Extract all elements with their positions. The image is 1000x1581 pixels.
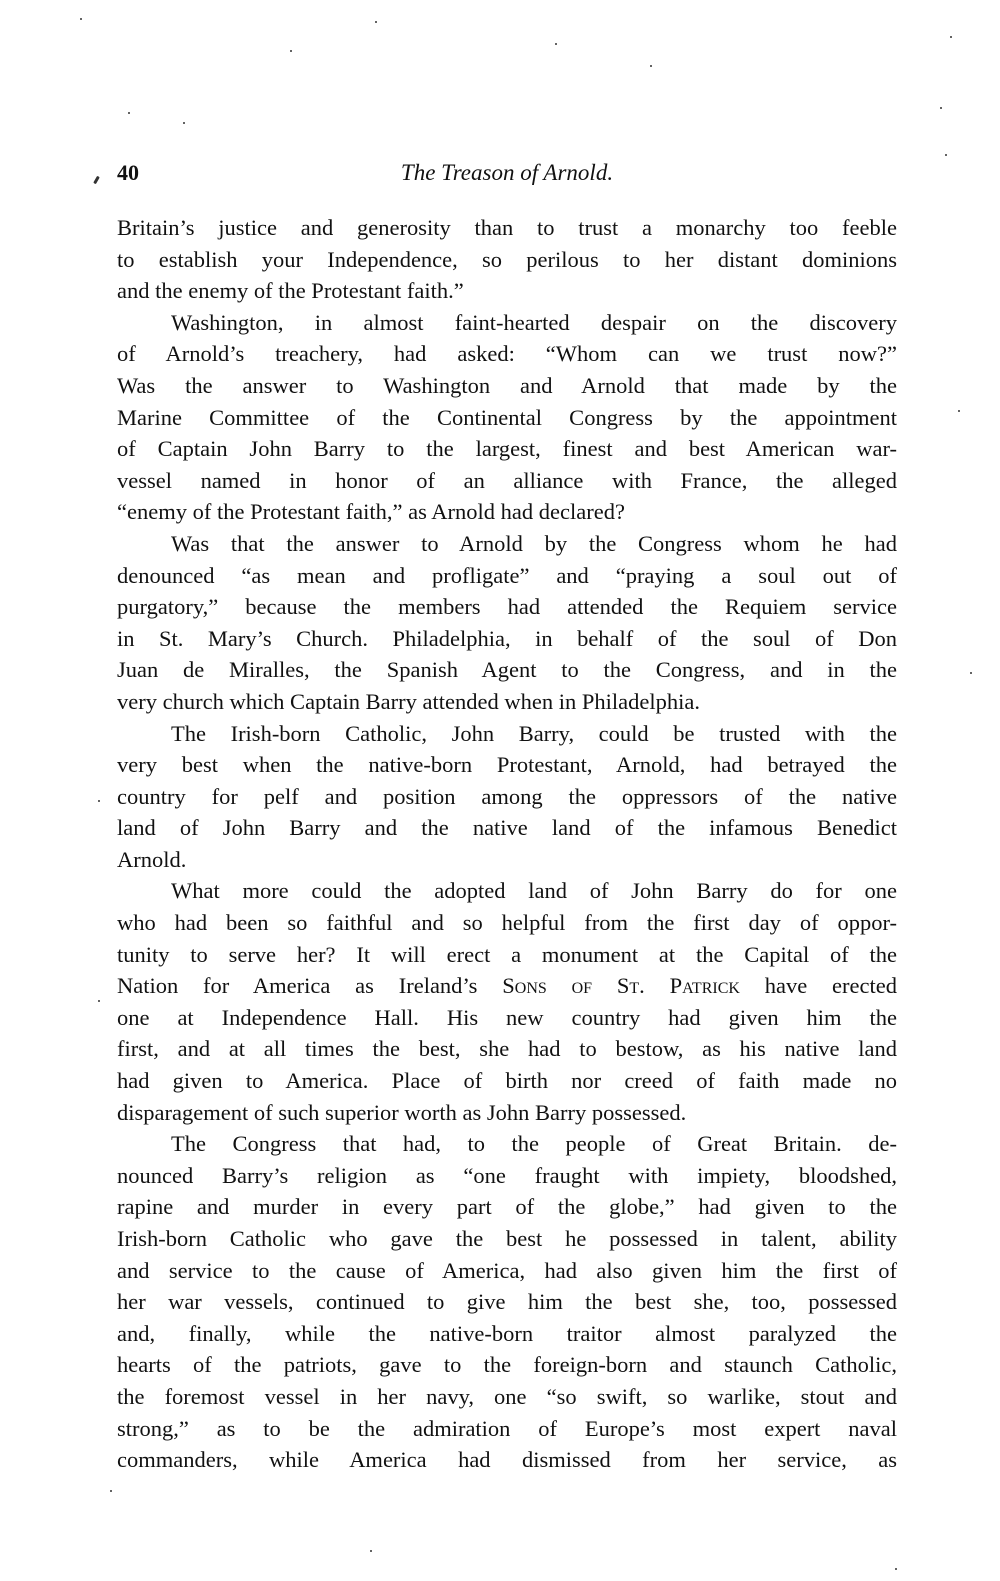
text-line: commanders, while America had dismissed … — [117, 1444, 897, 1476]
text-line: the foremost vessel in her navy, one “so… — [117, 1381, 897, 1413]
text-line: The Irish-born Catholic, John Barry, cou… — [117, 718, 897, 750]
text-line: very best when the native-born Protestan… — [117, 749, 897, 781]
paragraph: The Congress that had, to the people of … — [117, 1128, 897, 1476]
text-line: Arnold. — [117, 844, 897, 876]
scan-speck — [93, 176, 100, 184]
text-line: nounced Barry’s religion as “one fraught… — [117, 1160, 897, 1192]
scan-speck — [290, 50, 292, 52]
paragraph: Was that the answer to Arnold by the Con… — [117, 528, 897, 718]
text-line: Was the answer to Washington and Arnold … — [117, 370, 897, 402]
text-line: very church which Captain Barry attended… — [117, 686, 897, 718]
text-line: had given to America. Place of birth nor… — [117, 1065, 897, 1097]
text-line: “enemy of the Protestant faith,” as Arno… — [117, 496, 897, 528]
scan-speck — [945, 154, 947, 156]
paragraph: Britain’s justice and generosity than to… — [117, 212, 897, 307]
scan-speck — [555, 43, 557, 45]
text-line: who had been so faithful and so helpful … — [117, 907, 897, 939]
text-line: vessel named in honor of an alliance wit… — [117, 465, 897, 497]
scan-speck — [950, 36, 952, 38]
text-line: of Captain John Barry to the largest, fi… — [117, 433, 897, 465]
text-line: The Congress that had, to the people of … — [117, 1128, 897, 1160]
scan-speck — [970, 672, 972, 674]
text-line: first, and at all times the best, she ha… — [117, 1033, 897, 1065]
text-line: and service to the cause of America, had… — [117, 1255, 897, 1287]
scan-speck — [375, 21, 377, 23]
text-line: Juan de Miralles, the Spanish Agent to t… — [117, 654, 897, 686]
paragraph: Washington, in almost faint-hearted desp… — [117, 307, 897, 528]
text-line: of Arnold’s treachery, had asked: “Whom … — [117, 338, 897, 370]
paragraph: The Irish-born Catholic, John Barry, cou… — [117, 718, 897, 876]
scan-speck — [940, 107, 942, 109]
text-line: tunity to serve her? It will erect a mon… — [117, 939, 897, 971]
text-line: purgatory,” because the members had atte… — [117, 591, 897, 623]
text-line: Washington, in almost faint-hearted desp… — [117, 307, 897, 339]
paragraph: What more could the adopted land of John… — [117, 875, 897, 1128]
text-line: to establish your Independence, so peril… — [117, 244, 897, 276]
text-line: country for pelf and position among the … — [117, 781, 897, 813]
text-line: denounced “as mean and profligate” and “… — [117, 560, 897, 592]
running-title: The Treason of Arnold. — [117, 158, 897, 188]
scan-speck — [98, 800, 100, 802]
scan-speck — [183, 122, 185, 124]
text-line: one at Independence Hall. His new countr… — [117, 1002, 897, 1034]
text-line: disparagement of such superior worth as … — [117, 1097, 897, 1129]
text-line: and the enemy of the Protestant faith.” — [117, 275, 897, 307]
text-line: her war vessels, continued to give him t… — [117, 1286, 897, 1318]
text-line: and, finally, while the native-born trai… — [117, 1318, 897, 1350]
scan-speck — [895, 1568, 897, 1570]
running-head: 40 The Treason of Arnold. — [117, 158, 897, 188]
text-line: in St. Mary’s Church. Philadelphia, in b… — [117, 623, 897, 655]
text-line: strong,” as to be the admiration of Euro… — [117, 1413, 897, 1445]
scan-speck — [98, 1000, 100, 1002]
scan-speck — [128, 112, 130, 114]
text-line: hearts of the patriots, gave to the fore… — [117, 1349, 897, 1381]
text-line: Britain’s justice and generosity than to… — [117, 212, 897, 244]
text-line: Was that the answer to Arnold by the Con… — [117, 528, 897, 560]
text-fragment: have erected — [740, 973, 897, 998]
smallcaps-phrase: Sons of St. Patrick — [502, 973, 740, 998]
text-fragment: Nation for America as Ireland’s — [117, 973, 502, 998]
body-text: Britain’s justice and generosity than to… — [117, 212, 897, 1476]
text-line: What more could the adopted land of John… — [117, 875, 897, 907]
text-line: land of John Barry and the native land o… — [117, 812, 897, 844]
scan-speck — [370, 1550, 372, 1552]
scan-speck — [958, 410, 960, 412]
text-line: rapine and murder in every part of the g… — [117, 1191, 897, 1223]
scan-speck — [110, 1490, 112, 1492]
text-line: Irish-born Catholic who gave the best he… — [117, 1223, 897, 1255]
scan-speck — [80, 18, 82, 20]
text-line: Marine Committee of the Continental Cong… — [117, 402, 897, 434]
book-page: 40 The Treason of Arnold. Britain’s just… — [0, 0, 1000, 1581]
scan-speck — [650, 65, 652, 67]
text-line-with-smallcaps: Nation for America as Ireland’s Sons of … — [117, 970, 897, 1002]
